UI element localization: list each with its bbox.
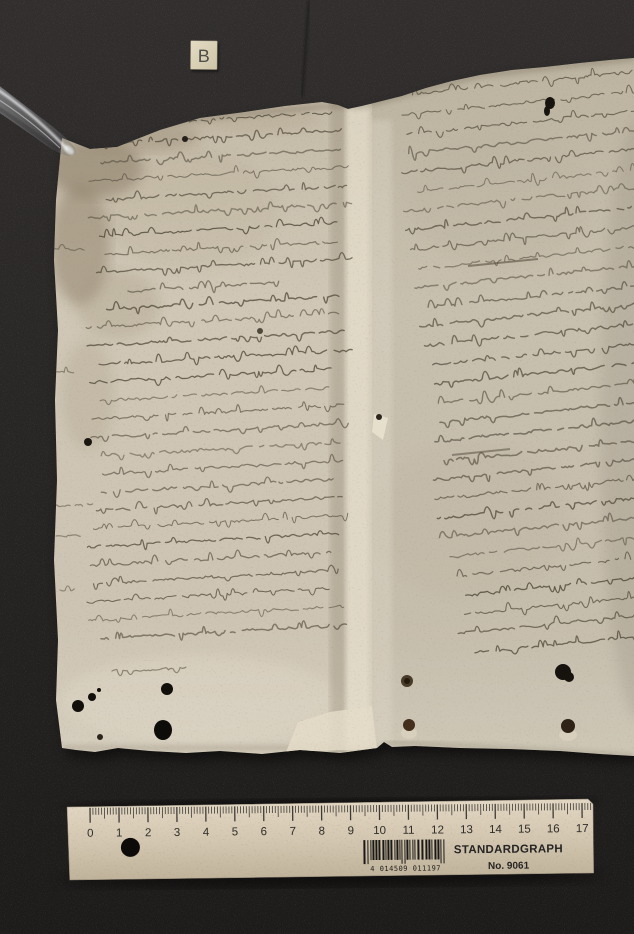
ruler-cm-label: 13 — [460, 824, 473, 836]
ruler-hanging-hole — [121, 838, 140, 857]
ruler-cm-label: 9 — [347, 825, 354, 837]
ink-blot — [182, 136, 188, 142]
ruler-cm-label: 6 — [261, 826, 268, 838]
barcode-digits: 4 014509 011197 — [370, 864, 441, 873]
worm-hole — [97, 688, 101, 692]
barcode-bar — [382, 840, 384, 860]
ruler-cm-label: 11 — [403, 825, 415, 837]
ruler-cm-label: 10 — [373, 825, 386, 837]
label-tag: B — [190, 40, 219, 72]
barcode-bar — [399, 840, 400, 860]
barcode-bar — [387, 840, 389, 860]
barcode-bar — [431, 839, 432, 859]
ruler-cm-label: 16 — [547, 823, 560, 835]
worm-hole — [97, 734, 103, 740]
worm-hole — [403, 719, 415, 731]
ruler-cm-label: 12 — [431, 824, 444, 836]
barcode-bar — [372, 840, 374, 860]
barcode-bar — [375, 840, 377, 860]
label-tag-letter: B — [198, 46, 210, 66]
barcode-bar — [394, 840, 395, 860]
barcode-bar — [378, 840, 380, 860]
barcode-bar — [414, 840, 415, 860]
archive-photo: B 01234567891011121314151617 4 014509 01… — [0, 0, 634, 934]
manuscript-photo: B 01234567891011121314151617 4 014509 01… — [0, 0, 634, 934]
ruler-brand-label: STANDARDGRAPH — [454, 843, 563, 856]
barcode-bar — [390, 840, 392, 860]
barcode-bar — [370, 840, 371, 860]
ruler-cm-label: 5 — [232, 826, 239, 838]
barcode-bar — [434, 839, 436, 859]
barcode-bar — [437, 839, 439, 859]
ruler-cm-label: 8 — [318, 826, 325, 838]
ink-blot — [257, 328, 263, 334]
barcode-bar — [409, 840, 410, 860]
barcode-bar — [412, 840, 413, 860]
worm-hole — [154, 720, 172, 740]
worm-hole — [561, 719, 575, 733]
ruler-model-label: No. 9061 — [488, 861, 530, 872]
ruler-cm-label: 7 — [290, 826, 297, 838]
worm-hole — [544, 106, 550, 116]
ruler-cm-label: 2 — [145, 827, 152, 839]
barcode-bar — [417, 840, 419, 860]
ruler-cm-label: 1 — [116, 827, 123, 839]
worm-hole — [84, 438, 92, 446]
barcode-bar — [421, 840, 423, 860]
barcode-bar — [396, 840, 398, 860]
ruler: 01234567891011121314151617 4 014509 0111… — [58, 796, 603, 889]
paper-texture — [54, 58, 634, 756]
ruler-cm-label: 15 — [518, 824, 531, 836]
ruler-cm-label: 0 — [87, 828, 94, 840]
barcode-bar — [385, 840, 386, 860]
ruler-cm-label: 4 — [203, 827, 210, 839]
barcode-bar — [425, 840, 427, 860]
ruler-cm-label: 3 — [174, 827, 181, 839]
barcode-bar — [406, 840, 408, 860]
barcode-bar — [363, 840, 365, 864]
worm-hole — [161, 683, 173, 695]
barcode-bar — [428, 840, 430, 860]
ruler-cm-label: 17 — [576, 823, 589, 835]
worm-hole — [88, 693, 96, 701]
worm-hole — [72, 700, 84, 712]
ruler-cm-label: 14 — [489, 824, 503, 836]
